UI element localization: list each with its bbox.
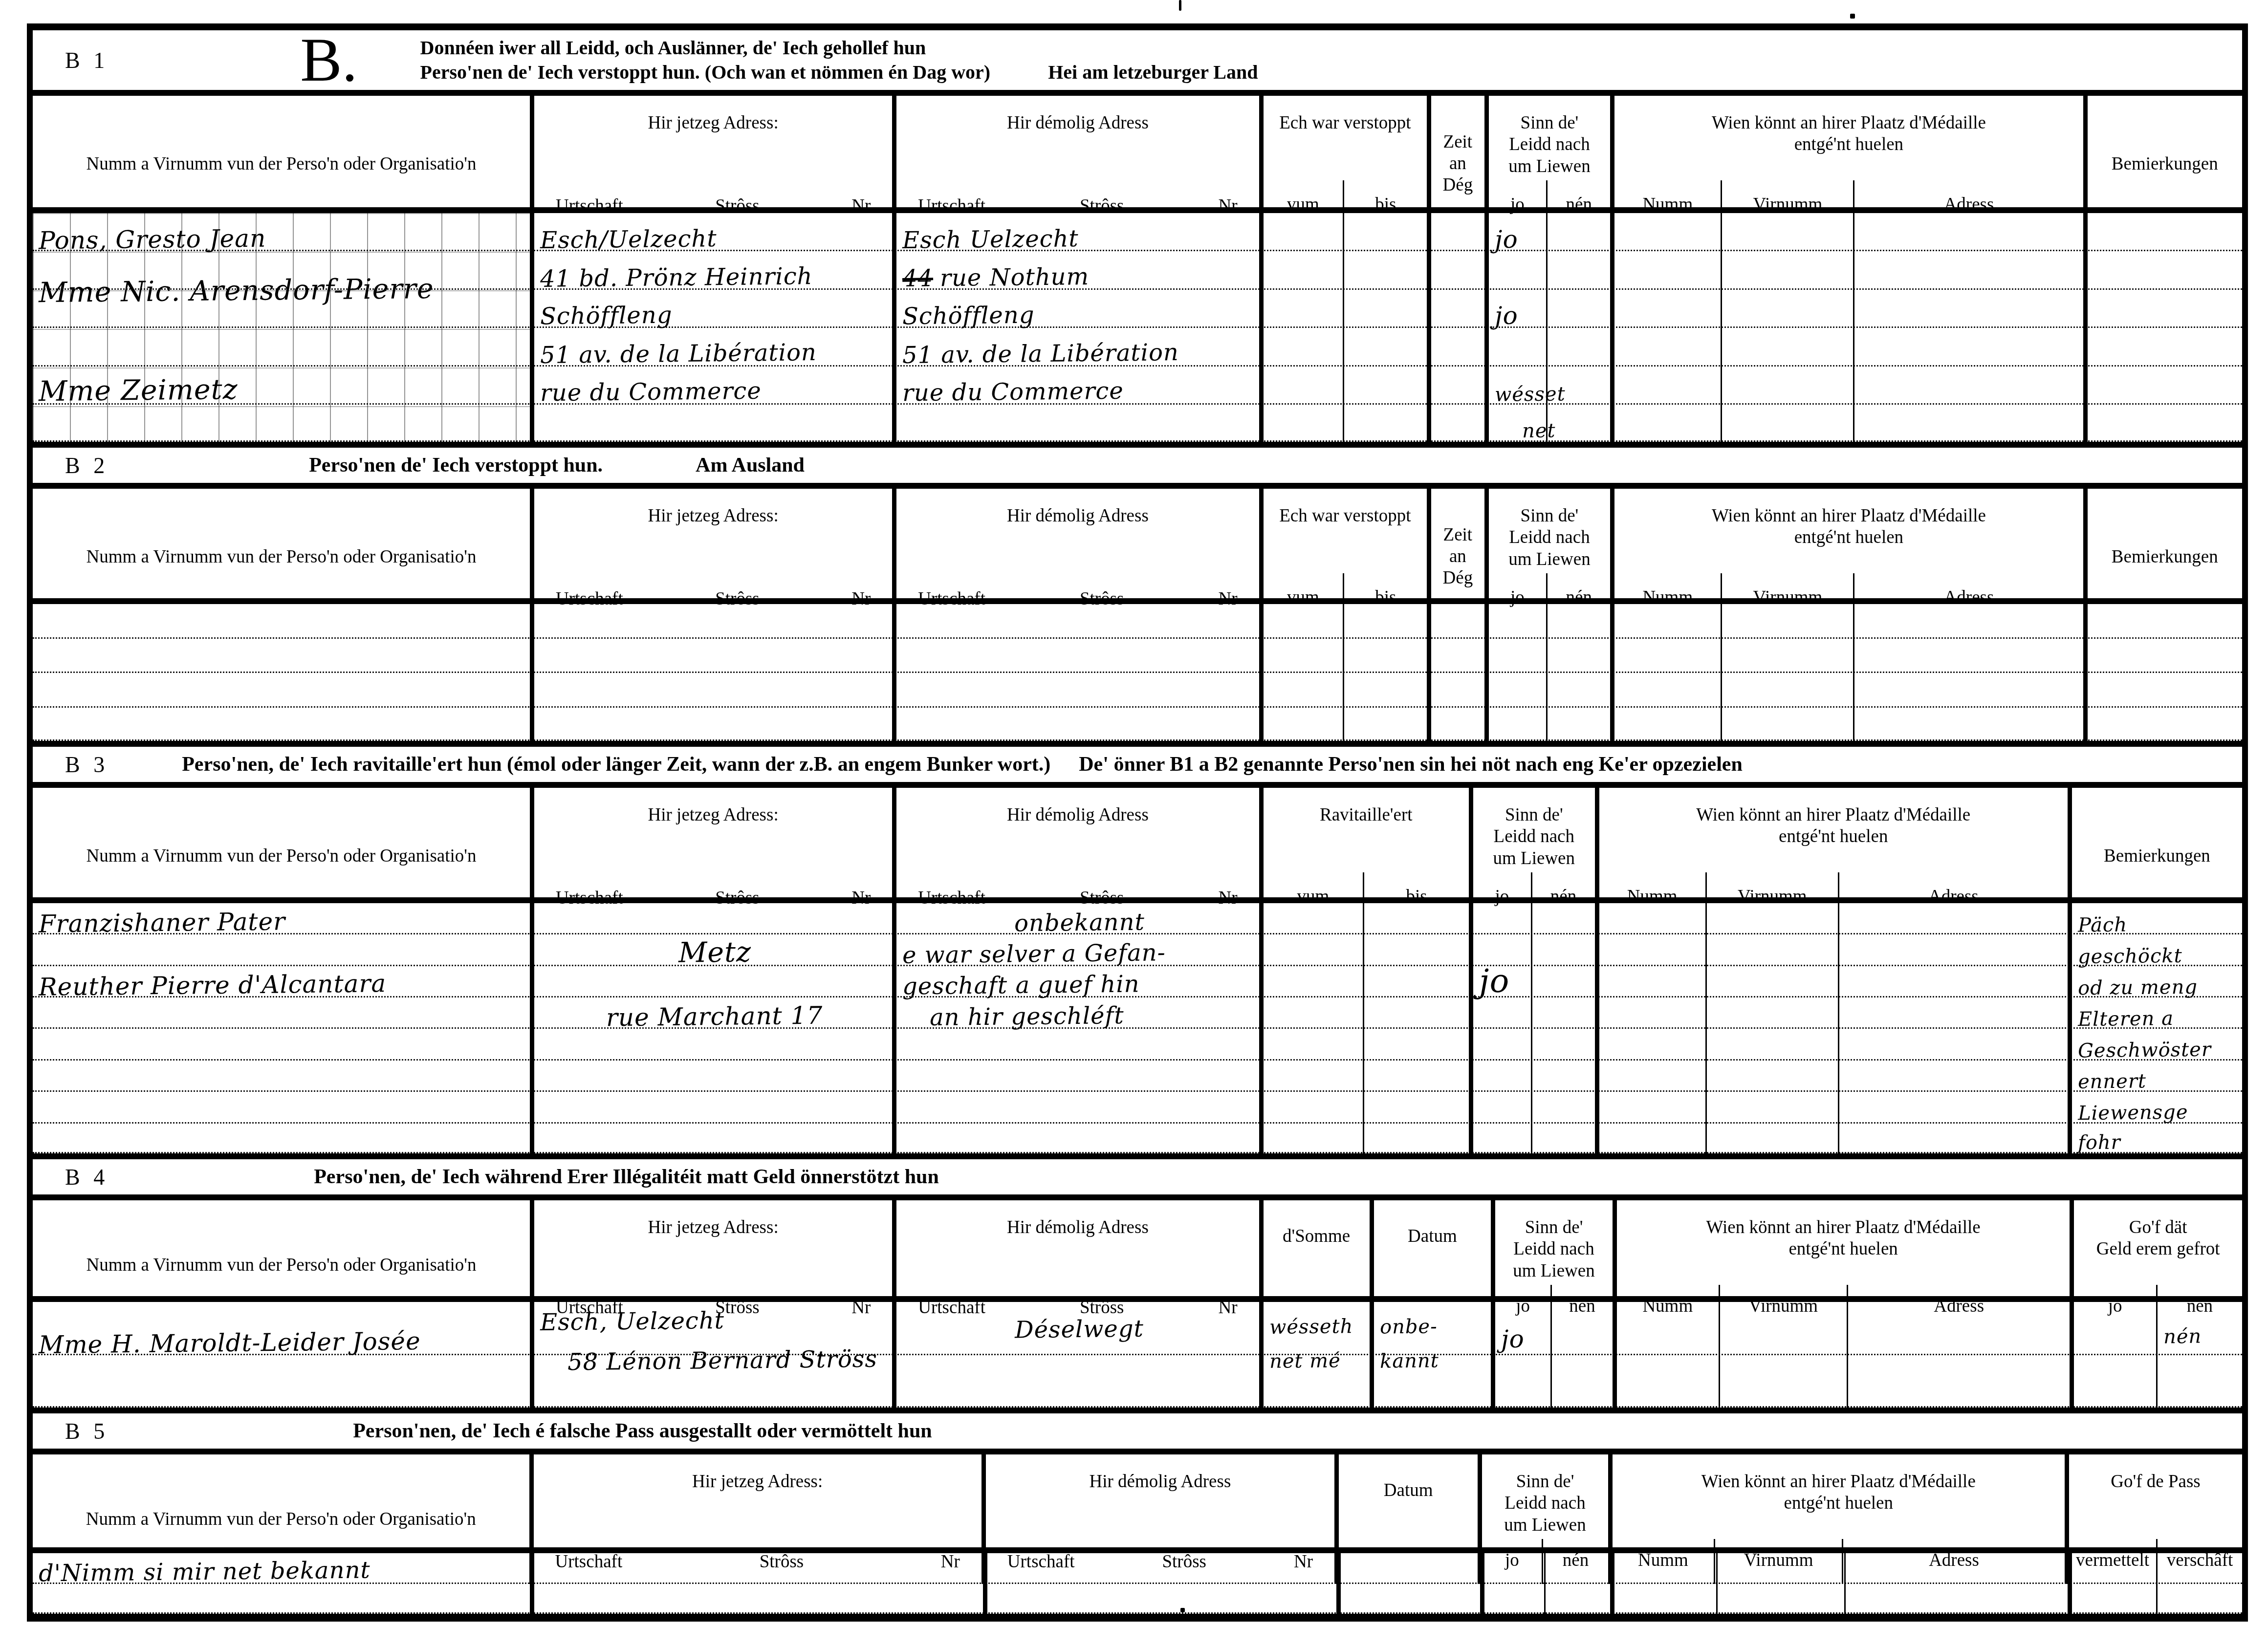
body-cell-zeit: [1427, 604, 1484, 741]
handwritten-jetzeg-1: Esch, Uelzecht: [540, 1310, 724, 1334]
handwritten-liewen-2: jo: [1494, 304, 1518, 327]
handwritten-name: Mme H. Maroldt-Leider Josée: [39, 1329, 421, 1357]
section-b4-titlebar: B 4 Perso'nen, de' Iech während Erer Ill…: [33, 1159, 2242, 1200]
body-cell-vum: [1259, 604, 1343, 741]
section-b5-column-headers: Numm a Virnumm vun der Perso'n oder Orga…: [33, 1454, 2242, 1553]
body-cell-bemierkungen: [2083, 604, 2242, 741]
handwritten-demolig-3: geschaft a guef hin: [902, 974, 1140, 998]
col-header-demolig: Hir démolig Adress: [892, 788, 1259, 872]
handwritten-bem-6: ennert: [2078, 1072, 2146, 1091]
handwritten-name-1: Pons, Gresto Jean: [39, 227, 266, 252]
body-cell-demolig: [892, 604, 1259, 741]
col-header-wien: Wien könnt an hirer Plaatz d'Médailleent…: [1610, 489, 2083, 573]
col-header-sinn: Sinn de'Leidd nachum Liewen: [1491, 1200, 1613, 1285]
body-cell-numm: [1610, 1553, 1716, 1614]
section-b5-titlebar: B 5 Person'nen, de' Iech é falsche Pass …: [33, 1413, 2242, 1454]
section-b5: B 5 Person'nen, de' Iech é falsche Pass …: [33, 1413, 2242, 1614]
handwritten-jetzeg-2: rue Marchant 17: [606, 1004, 823, 1029]
col-header-wien: Wien könnt an hirer Plaatz d'Médailleent…: [1608, 1454, 2065, 1539]
handwritten-liewen: jo: [1479, 966, 1510, 997]
handwritten-jetzeg-1: Esch/Uelzecht: [540, 228, 717, 252]
handwritten-liewen-3b: net: [1494, 421, 1555, 440]
handwritten-demolig-3: Schöffleng: [902, 304, 1035, 328]
body-cell-bis: [1343, 604, 1427, 741]
handwritten-jetzeg-5: rue du Commerce: [540, 380, 762, 405]
body-cell-adress: [1853, 213, 2083, 442]
body-cell-virnumm: [1719, 1302, 1847, 1408]
section-b1-column-headers: Numm a Virnumm vun der Perso'n oder Orga…: [33, 96, 2242, 213]
col-header-jetzeg: Hir jetzeg Adress:: [530, 96, 892, 180]
col-header-demolig: Hir démolig Adress: [892, 1200, 1259, 1285]
body-cell-jetzeg: Esch, Uelzecht 58 Lénon Bernard Ströss: [530, 1302, 892, 1408]
scan-speck: [1850, 14, 1855, 19]
handwritten-demolig-1: Esch Uelzecht: [902, 228, 1079, 252]
handwritten-liewen-3a: wésset: [1494, 385, 1565, 404]
col-header-name: Numm a Virnumm vun der Perso'n oder Orga…: [33, 96, 530, 232]
handwritten-name-1: Franzishaner Pater: [39, 910, 285, 936]
body-cell-jo: jo: [1469, 903, 1531, 1153]
section-b3-title: Perso'nen, de' Iech ravitaille'ert hun (…: [182, 753, 1050, 776]
body-cell-somme: wésseth net mé: [1259, 1302, 1370, 1408]
body-cell-nen: [1546, 604, 1610, 741]
section-b3-code: B 3: [65, 752, 109, 778]
handwritten-name-3: Mme Zeimetz: [39, 376, 238, 405]
col-header-sinn: Sinn de'Leidd nachum Liewen: [1484, 96, 1611, 180]
section-b1-body: Pons, Gresto Jean Mme Nic. Arensdorf-Pie…: [33, 213, 2242, 442]
section-b2-body: [33, 604, 2242, 741]
handwritten-bem-8: fohr: [2078, 1133, 2121, 1152]
section-b5-title: Person'nen, de' Iech é falsche Pass ausg…: [353, 1419, 932, 1443]
body-cell-bemierkungen: [2083, 213, 2242, 442]
body-cell-gof-nen: nén: [2156, 1302, 2242, 1408]
col-header-gof-pass: Go'f de Pass: [2065, 1454, 2242, 1539]
col-header-sinn: Sinn de'Leidd nachum Liewen: [1469, 788, 1595, 872]
section-b3-body: Franzishaner Pater Reuther Pierre d'Alca…: [33, 903, 2242, 1153]
handwritten-jetzeg-1: Metz: [678, 939, 751, 966]
col-header-jetzeg: Hir jetzeg Adress:: [529, 1454, 981, 1539]
body-cell-bemierkungen: Päch geschöckt od zu meng Elteren a Gesc…: [2068, 903, 2242, 1153]
body-cell-name: [33, 604, 530, 741]
body-cell-virnumm: [1721, 213, 1853, 442]
body-cell-virnumm: [1721, 604, 1853, 741]
section-b-letter: B.: [300, 32, 357, 88]
section-b4-title: Perso'nen, de' Iech während Erer Illégal…: [314, 1165, 939, 1189]
section-b1-code: B 1: [65, 47, 109, 73]
col-header-jetzeg: Hir jetzeg Adress:: [530, 788, 892, 872]
handwritten-jetzeg-4: 51 av. de la Libération: [540, 342, 817, 367]
handwritten-demolig-2: e war selver a Gefan-: [902, 942, 1166, 967]
col-header-sinn: Sinn de'Leidd nachum Liewen: [1478, 1454, 1608, 1539]
body-cell-name: Mme H. Maroldt-Leider Josée: [33, 1302, 530, 1408]
scan-dash: [1179, 0, 1181, 11]
handwritten-datum-1: onbe-: [1379, 1317, 1437, 1336]
col-header-wien: Wien könnt an hirer Plaatz d'Médailleent…: [1610, 96, 2083, 180]
scanned-form-page: { "labels": { "name_col": "Numm a Virnum…: [0, 0, 2268, 1626]
handwritten-liewen: jo: [1501, 1327, 1525, 1351]
handwritten-jetzeg-2: 41 bd. Prönz Heinrich: [540, 265, 813, 290]
handwritten-somme-1: wésseth: [1269, 1317, 1353, 1337]
body-cell-bis: [1343, 213, 1427, 442]
section-b5-body: d'Nimm si mir net bekannt: [33, 1553, 2242, 1614]
body-cell-demolig: [983, 1553, 1336, 1614]
col-header-bemierkungen: Bemierkungen: [2083, 96, 2242, 232]
section-b2-column-headers: Numm a Virnumm vun der Perso'n oder Orga…: [33, 489, 2242, 604]
body-cell-jetzeg: [530, 604, 892, 741]
section-b1: B 1 B. Donnéen iwer all Leidd, och Auslä…: [33, 30, 2242, 448]
body-cell-demolig: onbekannt e war selver a Gefan- geschaft…: [892, 903, 1259, 1153]
body-cell-vermettelt: [2068, 1553, 2156, 1614]
body-cell-jo: [1484, 604, 1547, 741]
handwritten-gefrot: nén: [2163, 1327, 2202, 1346]
handwritten-jetzeg-3: Schöffleng: [540, 304, 673, 328]
body-cell-numm: [1610, 604, 1721, 741]
body-cell-jo: [1480, 1553, 1544, 1614]
col-header-jetzeg: Hir jetzeg Adress:: [530, 1200, 892, 1285]
section-b2: B 2 Perso'nen de' Iech verstoppt hun. Am…: [33, 448, 2242, 747]
col-header-verstoppt: Ech war verstoppt: [1259, 489, 1427, 573]
col-header-demolig: Hir démolig Adress: [892, 96, 1259, 180]
handwritten-demolig-4: 51 av. de la Libération: [902, 342, 1179, 367]
handwritten-demolig: Déselwegt: [1015, 1318, 1144, 1342]
body-cell-numm: [1595, 903, 1705, 1153]
section-b2-title-right: Am Ausland: [696, 454, 805, 477]
body-cell-verschaft: [2156, 1553, 2242, 1614]
body-cell-virnumm: [1716, 1553, 1844, 1614]
handwritten-demolig-4: an hir geschléft: [930, 1005, 1124, 1029]
body-cell-numm: [1610, 213, 1721, 442]
handwritten-name-2: Reuther Pierre d'Alcantara: [39, 972, 387, 999]
body-cell-adress: [1838, 903, 2068, 1153]
col-header-demolig: Hir démolig Adress: [981, 1454, 1334, 1539]
section-b2-title: Perso'nen de' Iech verstoppt hun.: [309, 454, 603, 477]
handwritten-demolig-1: onbekannt: [1014, 911, 1144, 935]
body-cell-adress: [1847, 1302, 2070, 1408]
handwritten-bem-5: Geschwöster: [2078, 1041, 2211, 1061]
form-sheet: B 1 B. Donnéen iwer all Leidd, och Auslä…: [27, 23, 2248, 1622]
body-cell-virnumm: [1705, 903, 1838, 1153]
body-cell-name: d'Nimm si mir net bekannt: [33, 1553, 530, 1614]
handwritten-jetzeg-2: 58 Lénon Bernard Ströss: [567, 1348, 877, 1374]
body-cell-nen: [1531, 903, 1595, 1153]
col-header-demolig: Hir démolig Adress: [892, 489, 1259, 573]
handwritten-bem-7: Liewensge: [2078, 1103, 2188, 1123]
body-cell-numm: [1613, 1302, 1719, 1408]
col-header-wien: Wien könnt an hirer Plaatz d'Médailleent…: [1595, 788, 2068, 872]
col-header-zeit: ZeitanDég: [1427, 96, 1484, 232]
section-b2-code: B 2: [65, 453, 109, 478]
handwritten-name: d'Nimm si mir net bekannt: [39, 1560, 371, 1585]
col-header-sinn: Sinn de'Leidd nachum Liewen: [1484, 489, 1611, 573]
handwritten-bem-1: Päch: [2078, 915, 2128, 934]
body-cell-demolig: Déselwegt: [892, 1302, 1259, 1408]
body-cell-adress: [1844, 1553, 2068, 1614]
section-b1-title-line2: Perso'nen de' Iech verstoppt hun. (Och w…: [420, 61, 991, 83]
body-cell-gof-jo: [2070, 1302, 2156, 1408]
body-cell-jetzeg: Metz rue Marchant 17: [530, 903, 892, 1153]
body-cell-nen: [1544, 1553, 1611, 1614]
col-header-jetzeg: Hir jetzeg Adress:: [530, 489, 892, 573]
section-b1-titlebar: B 1 B. Donnéen iwer all Leidd, och Auslä…: [33, 30, 2242, 96]
handwritten-bem-4: Elteren a: [2078, 1009, 2174, 1029]
body-cell-jetzeg: [530, 1553, 983, 1614]
section-b1-title-line1: Donnéen iwer all Leidd, och Auslänner, d…: [420, 36, 1258, 60]
section-b3-note: De' önner B1 a B2 genannte Perso'nen sin…: [1079, 753, 1743, 776]
handwritten-somme-2: net mé: [1269, 1351, 1340, 1371]
col-header-wien: Wien könnt an hirer Plaatz d'Médailleent…: [1613, 1200, 2070, 1285]
section-b3-column-headers: Numm a Virnumm vun der Perso'n oder Orga…: [33, 788, 2242, 903]
scan-speck: [1180, 1608, 1185, 1612]
handwritten-datum-2: kannt: [1379, 1351, 1439, 1370]
body-cell-name: Pons, Gresto Jean Mme Nic. Arensdorf-Pie…: [33, 213, 530, 442]
handwritten-demolig-5: rue du Commerce: [902, 380, 1124, 405]
section-b1-title-right: Hei am letzeburger Land: [1048, 61, 1258, 83]
section-b2-titlebar: B 2 Perso'nen de' Iech verstoppt hun. Am…: [33, 448, 2242, 489]
body-cell-adress: [1853, 604, 2083, 741]
body-cell-zeit: [1427, 213, 1484, 442]
body-cell-nen: [1550, 1302, 1613, 1408]
section-b5-code: B 5: [65, 1418, 109, 1444]
section-b4-column-headers: Numm a Virnumm vun der Perso'n oder Orga…: [33, 1200, 2242, 1302]
body-cell-jetzeg: Esch/Uelzecht 41 bd. Prönz Heinrich Schö…: [530, 213, 892, 442]
section-b4-body: Mme H. Maroldt-Leider Josée Esch, Uelzec…: [33, 1302, 2242, 1408]
body-cell-jo: jo jo wésset net: [1484, 213, 1547, 442]
body-cell-demolig: Esch Uelzecht 44rue Nothum Schöffleng 51…: [892, 213, 1259, 442]
handwritten-bem-2: geschöckt: [2078, 947, 2182, 966]
body-cell-datum: [1336, 1553, 1480, 1614]
body-cell-bis: [1363, 903, 1469, 1153]
section-b4: B 4 Perso'nen, de' Iech während Erer Ill…: [33, 1159, 2242, 1413]
handwritten-demolig-2: 44rue Nothum: [902, 266, 1090, 290]
body-cell-nen: [1546, 213, 1610, 442]
body-cell-jo: jo: [1491, 1302, 1550, 1408]
col-header-ravitailleert: Ravitaille'ert: [1259, 788, 1469, 872]
col-header-verstoppt: Ech war verstoppt: [1259, 96, 1427, 180]
section-b3-titlebar: B 3 Perso'nen, de' Iech ravitaille'ert h…: [33, 747, 2242, 788]
col-header-gof-geld: Go'f dätGeld erem gefrot: [2070, 1200, 2242, 1285]
body-cell-name: Franzishaner Pater Reuther Pierre d'Alca…: [33, 903, 530, 1153]
handwritten-bem-3: od zu meng: [2078, 978, 2198, 998]
section-b3: B 3 Perso'nen, de' Iech ravitaille'ert h…: [33, 747, 2242, 1159]
body-cell-vum: [1259, 903, 1363, 1153]
body-cell-datum: onbe- kannt: [1370, 1302, 1491, 1408]
handwritten-liewen-1: jo: [1494, 228, 1518, 251]
section-b1-title: Donnéen iwer all Leidd, och Auslänner, d…: [420, 36, 1258, 85]
section-b4-code: B 4: [65, 1164, 109, 1190]
body-cell-vum: [1259, 213, 1343, 442]
handwritten-name-2: Mme Nic. Arensdorf-Pierre: [39, 276, 434, 306]
